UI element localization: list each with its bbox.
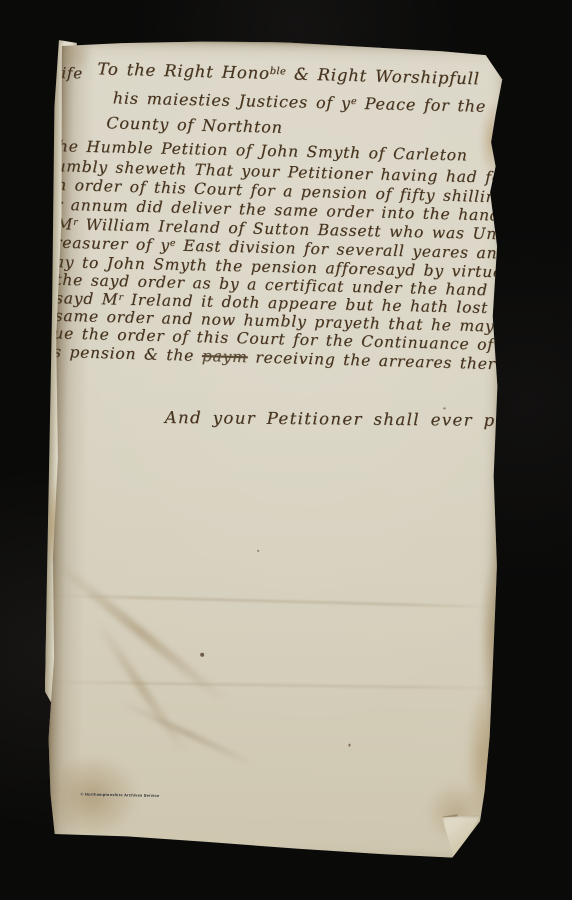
text-segment: Peace for the [357, 94, 487, 116]
text-segment-strike: paym [202, 347, 248, 366]
text-segment: And your Petitioner shall ever pray, [165, 408, 532, 430]
text-segment: To the Right Hono [97, 59, 270, 83]
manuscript-line-margin-fragment: ife [61, 64, 83, 82]
manuscript-line-salutation-3: County of Northton [106, 113, 283, 137]
text-segment: s pension & the [53, 343, 202, 365]
text-segment: sayd M [55, 289, 119, 308]
handwritten-text: ifeTo the Right Honoble & Right Worshipf… [46, 38, 510, 868]
text-segment: reasurer of y [54, 234, 170, 255]
manuscript-line-salutation-2: his maiesties Justices of ye Peace for t… [113, 88, 487, 115]
text-segment: his maiesties Justices of y [113, 88, 351, 112]
text-segment: ife [61, 64, 83, 82]
text-segment-sup: ble [270, 66, 287, 77]
text-segment: & Right Worshipfull [286, 64, 480, 88]
manuscript-line-salutation-1: To the Right Honoble & Right Worshipfull [97, 59, 480, 88]
photograph-background: ifeTo the Right Honoble & Right Worshipf… [0, 0, 572, 900]
manuscript-page: ifeTo the Right Honoble & Right Worshipf… [46, 38, 510, 868]
text-segment: County of Northton [106, 113, 283, 137]
manuscript-line-closing: And your Petitioner shall ever pray, [165, 408, 532, 430]
